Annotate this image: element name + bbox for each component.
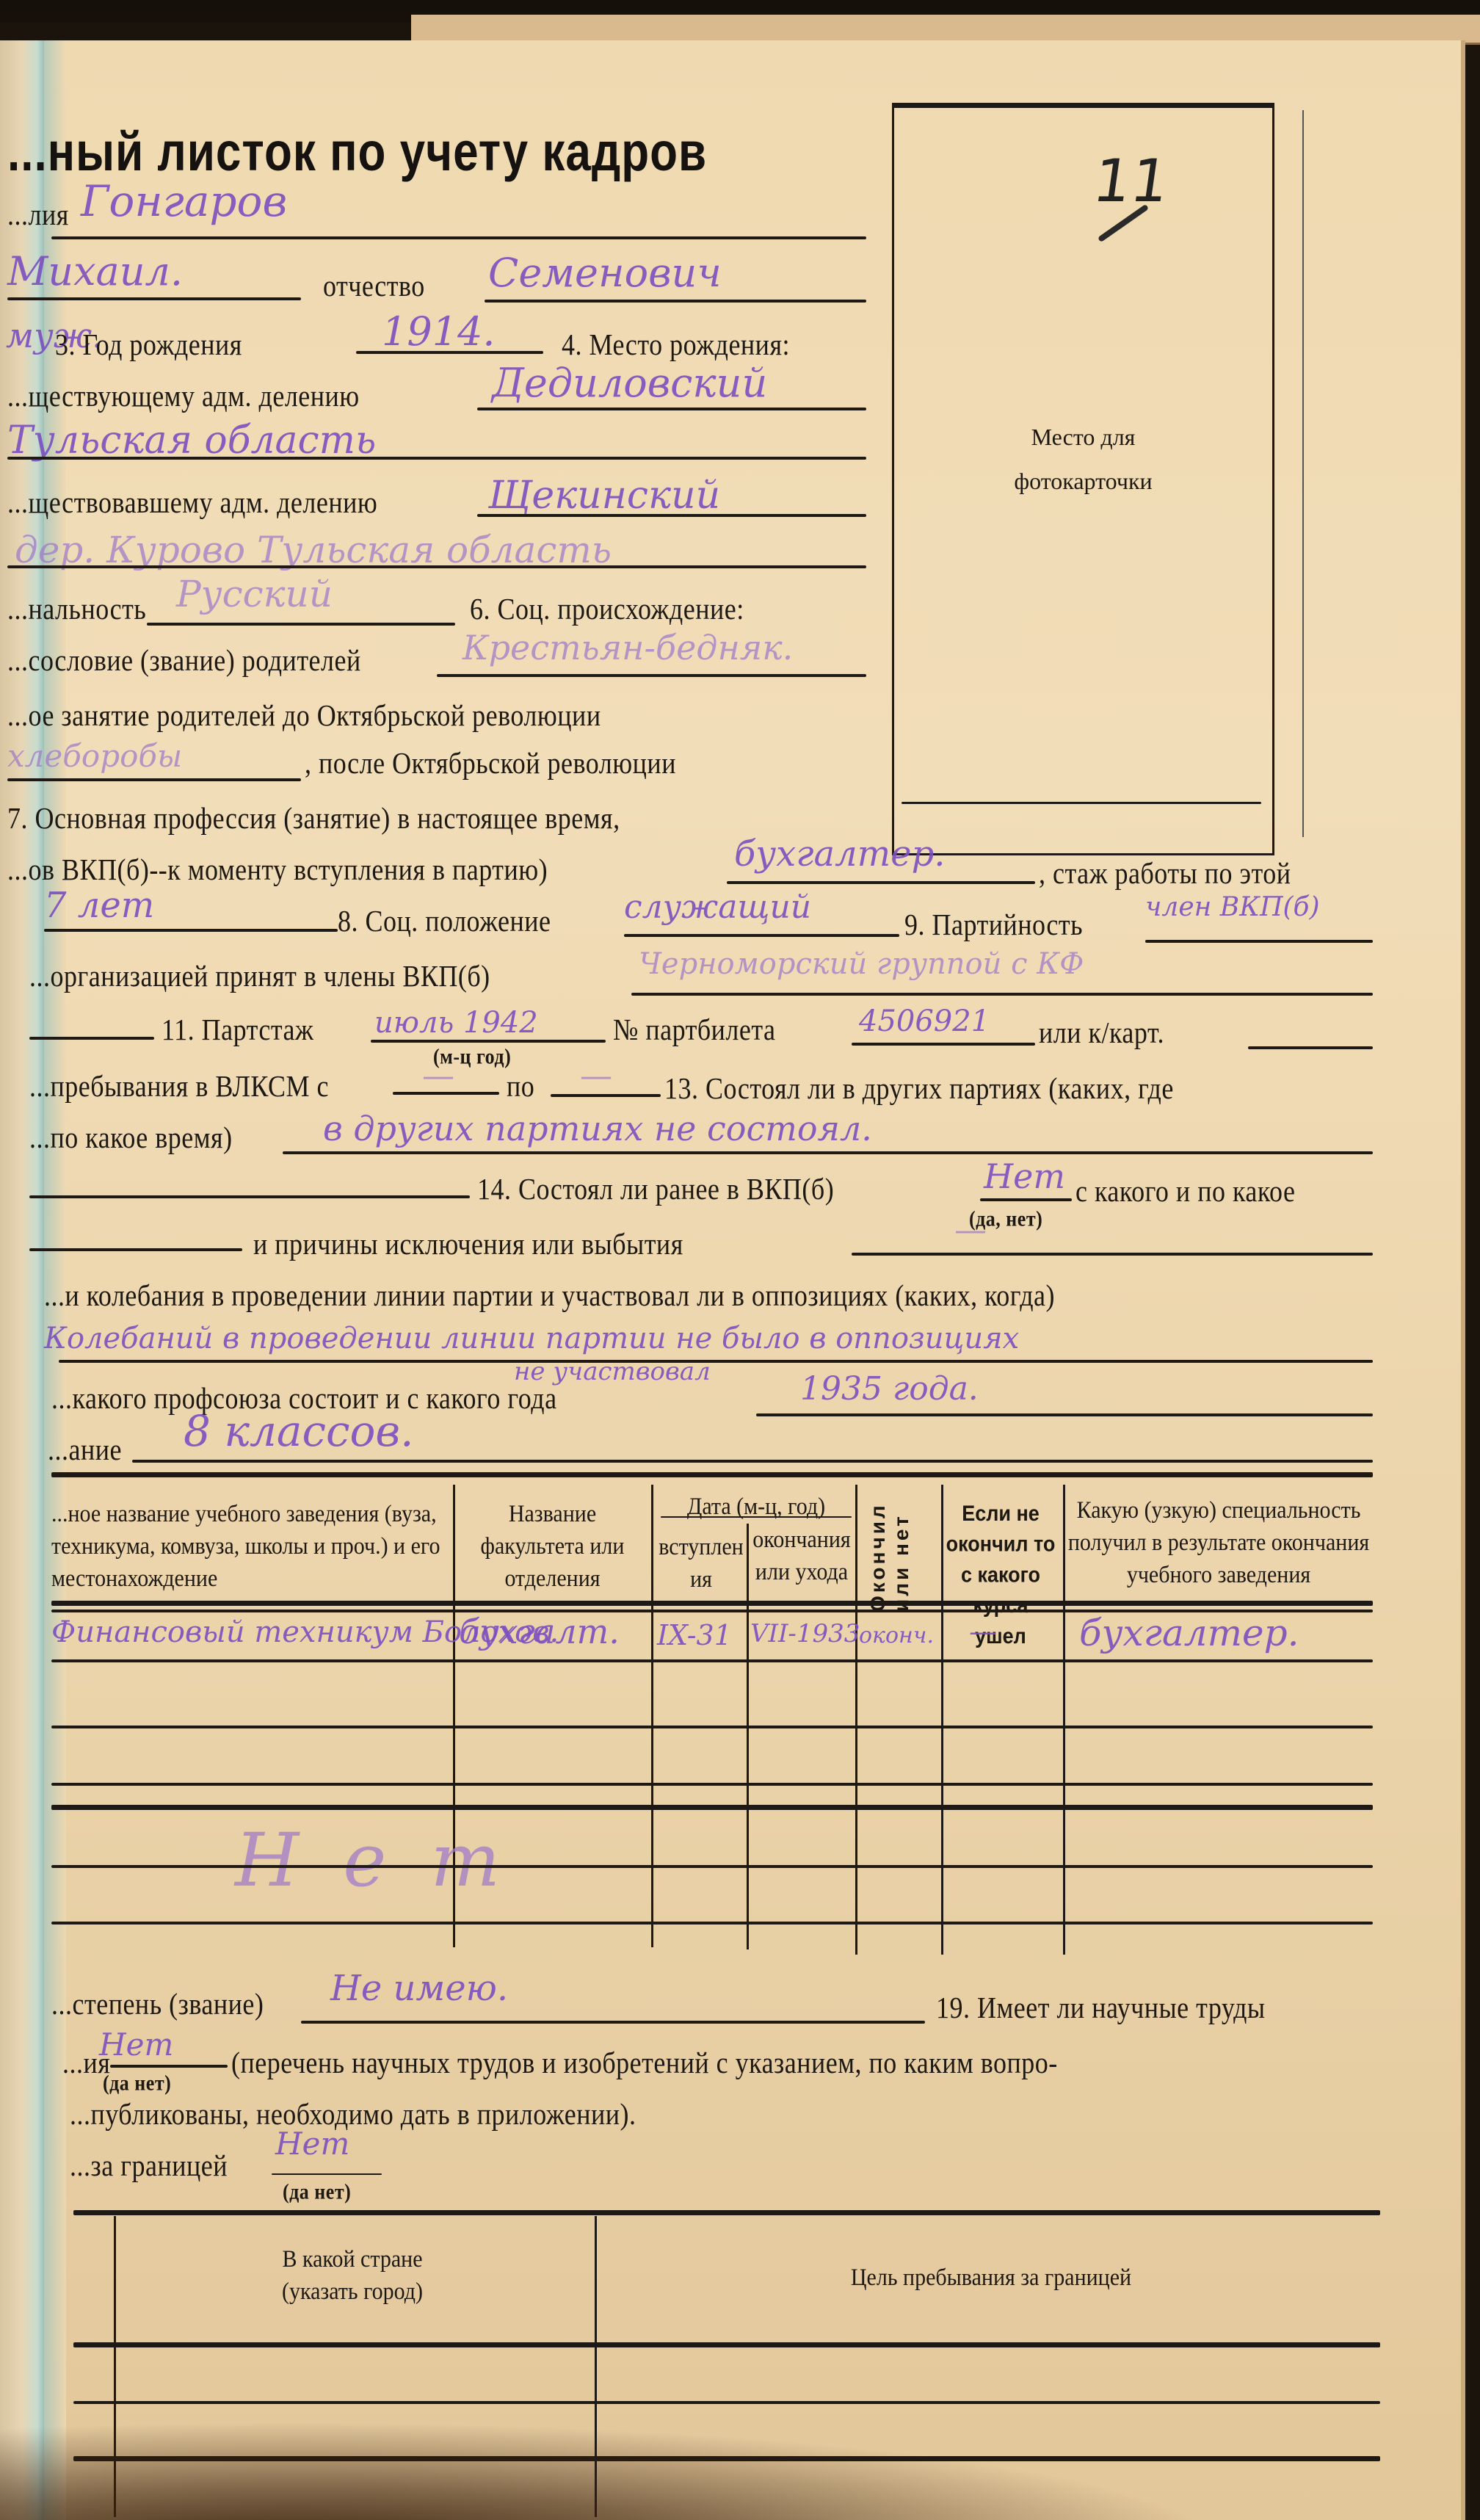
profession-underline [727,881,1035,884]
parents-occupation-label: ...ое занятие родителей до Октябрьской р… [7,698,601,733]
other-parties-label: 13. Состоял ли в других партиях (каких, … [664,1071,1174,1106]
party-org-value[interactable]: Черноморский группой с КФ [639,947,1084,981]
patronymic-underline [485,300,866,303]
form-title: ...ный листок по учету кадров [7,121,707,184]
profession-value[interactable]: бухгалтер. [734,833,946,875]
party-org-label: ...организацией принят в члены ВКП(б) [29,958,490,993]
partstazh-label: 11. Партстаж [162,1012,313,1047]
candidate-card-label: или к/карт. [1039,1015,1164,1050]
works-text-2: ...публикованы, необходимо дать в прилож… [70,2096,636,2132]
col-divider-3 [747,1524,749,1949]
works-value[interactable]: Нет [99,2027,173,2063]
party-org-underline [631,993,1373,996]
header-entry: вступления [657,1531,745,1596]
experience-underline [44,929,338,932]
partstazh-underline [371,1040,606,1043]
parents-estate-label: ...сословие (звание) родителей [7,642,361,678]
trade-union-underline [756,1413,1373,1416]
previous-vkp-underline [980,1198,1072,1201]
party-label: 9. Партийность [904,907,1083,942]
education-value[interactable]: 8 классов. [184,1406,414,1456]
birthplace-former-label: ...ществовавшему адм. делению [7,485,377,520]
row1-entry[interactable]: IX-31 [657,1619,732,1651]
birthplace-former-underline-2 [7,565,866,568]
other-parties-value[interactable]: в других партиях не состоял. [323,1109,872,1148]
row1-course-left[interactable]: — [969,1615,997,1648]
birthplace-label: 4. Место рождения: [562,327,790,362]
photo-label-line1: Место для [894,424,1272,451]
birthplace-current-underline-2 [7,457,866,460]
abroad-table-top [73,2210,1380,2215]
col-divider-2 [651,1485,653,1947]
oppositions-value-1[interactable]: Колебаний в проведении линии партии не б… [44,1322,1019,1355]
abroad-underline [272,2173,382,2175]
komsomol-from-underline [393,1092,499,1095]
social-status-label: 8. Соц. положение [338,903,551,938]
scan-corner-shadow [0,2386,1480,2520]
birthplace-current-underline-1 [477,408,866,410]
previous-vkp-period-label: с какого и по какое [1075,1173,1295,1209]
experience-label: , стаж работы по этой [1039,855,1291,891]
section-divider [51,1805,1373,1810]
works-underline [110,2065,228,2068]
scientific-works-label: 19. Имеет ли научные труды [936,1990,1266,2025]
abroad-col-country: В какой стране (указать город) [242,2243,462,2308]
exclusion-label: и причины исключения или выбытия [253,1226,683,1261]
nationality-underline [147,623,455,626]
surname-label: ...лия [7,197,69,232]
row1-line [51,1659,1373,1662]
party-card-value[interactable]: 4506921 [859,1004,990,1038]
nationality-label: ...нальность [7,591,146,626]
col-divider-6 [1063,1485,1065,1955]
education-label: ...ание [48,1432,122,1467]
exclusion-value[interactable]: — [954,1212,987,1249]
parents-occupation-underline [7,778,301,781]
previous-vkp-label: 14. Состоял ли ранее в ВКП(б) [477,1171,834,1206]
row1-exit[interactable]: VII-1933 [750,1619,860,1648]
birthplace-former-underline-1 [477,514,866,517]
komsomol-from-value[interactable]: — [422,1057,454,1095]
header-finished: Окончил или нет [866,1502,913,1612]
party-card-label: № партбилета [613,1012,776,1047]
row1-faculty[interactable]: бухгалт. [459,1612,620,1651]
archive-page-number: 11 [1089,147,1173,215]
candidate-card-underline [1248,1046,1373,1049]
after-revolution-label: , после Октябрьской революции [305,745,676,781]
header-exit: окончания или ухода [750,1524,853,1588]
komsomol-to-value[interactable]: — [580,1057,612,1095]
social-origin-label: 6. Соц. происхождение: [470,591,744,626]
degree-label: ...степень (звание) [51,1986,264,2021]
profession-label: 7. Основная профессия (занятие) в настоя… [7,800,620,836]
row1-finished[interactable]: оконч. [859,1623,934,1648]
exclusion-underline [852,1253,1373,1256]
photo-placeholder-box: Место для фотокарточки [892,103,1274,855]
komsomol-to-underline [551,1094,661,1097]
social-status-value[interactable]: служащий [624,888,811,926]
photo-label-line2: фотокарточки [894,468,1272,495]
row5-line [51,1922,1373,1925]
partstazh-value[interactable]: июль 1942 [374,1006,538,1040]
surname-underline [51,236,866,239]
header-specialty: Какую (узкую) специальность получил в ре… [1064,1494,1373,1591]
patronymic-label: отчество [323,268,425,303]
party-underline [1145,940,1373,943]
birthplace-current-value-2[interactable]: Тульская область [7,419,376,463]
education-table-top-border [51,1472,1373,1477]
profession-label-cont: ...ов ВКП(б)--к моменту вступления в пар… [7,852,548,887]
party-value[interactable]: член ВКП(б) [1145,892,1320,922]
header-bottom-border [51,1601,1373,1606]
oppositions-label: ...и колебания в проведении линии партии… [44,1278,1055,1313]
other-parties-underline [283,1151,1373,1154]
parents-occupation-value[interactable]: хлеборобы [7,738,182,774]
name-underline [7,297,301,300]
col-divider-4 [855,1485,857,1955]
parents-estate-value[interactable]: Крестьян-бедняк. [462,628,793,667]
nationality-value[interactable]: Русский [176,573,333,615]
abroad-header-bottom [73,2342,1380,2347]
other-parties-time-label: ...по какое время) [29,1120,233,1155]
header-institution: ...ное название учебного заведения (вуза… [51,1498,448,1595]
party-card-underline [852,1043,1035,1046]
birthplace-current-value-1[interactable]: Дедиловский [492,360,767,406]
abroad-label: ...за границей [70,2148,228,2183]
row3-line [51,1783,1373,1786]
degree-value[interactable]: Не имею. [330,1968,508,2009]
abroad-col-purpose: Цель пребывания за границей [756,2262,1226,2294]
birthplace-former-value-1[interactable]: Щекинский [488,474,720,518]
birth-year-underline [356,351,543,354]
row3-institution[interactable]: Нет [235,1817,544,1903]
name-value[interactable]: Михаил. [7,248,183,294]
header-date-group: Дата (м-ц, год) [657,1491,855,1523]
birth-year-value[interactable]: 1914. [382,308,496,355]
header-date-divider [661,1516,852,1518]
education-underline [132,1460,1373,1463]
surname-value[interactable]: Гонгаров [81,176,287,226]
row1-specialty[interactable]: бухгалтер. [1079,1612,1299,1654]
previous-vkp-value[interactable]: Нет [984,1156,1065,1196]
abroad-hint: (да нет) [283,2179,351,2205]
experience-value[interactable]: 7 лет [44,885,154,926]
komsomol-label: ...пребывания в ВЛКСМ с [29,1068,329,1104]
oppositions-underline [59,1360,1373,1363]
birthplace-current-label: ...ществующему адм. делению [7,378,360,413]
birth-year-label: 3. Год рождения [55,327,242,362]
parents-estate-underline [437,674,866,677]
partstazh-pre-underline [29,1037,154,1040]
works-text-1: (перечень научных трудов и изобретений с… [231,2045,1058,2080]
row2-line [51,1726,1373,1728]
trade-union-value[interactable]: 1935 года. [800,1370,979,1408]
patronymic-value[interactable]: Семенович [488,250,722,296]
photo-box-inner-line [902,802,1261,804]
col-divider-5 [941,1485,943,1955]
exclusion-pre-underline [29,1248,242,1251]
header-faculty: Название факультета или отделения [455,1498,650,1595]
social-status-underline [624,934,899,937]
abroad-value[interactable]: Нет [275,2126,349,2162]
komsomol-to-label: по [507,1068,534,1104]
works-hint: (да нет) [103,2071,171,2096]
previous-vkp-pre-underline [29,1195,470,1198]
degree-underline [301,2021,925,2024]
header-course-left: Если не окончил то с какого курса ушел [946,1498,1056,1651]
row4-line [51,1865,1373,1868]
